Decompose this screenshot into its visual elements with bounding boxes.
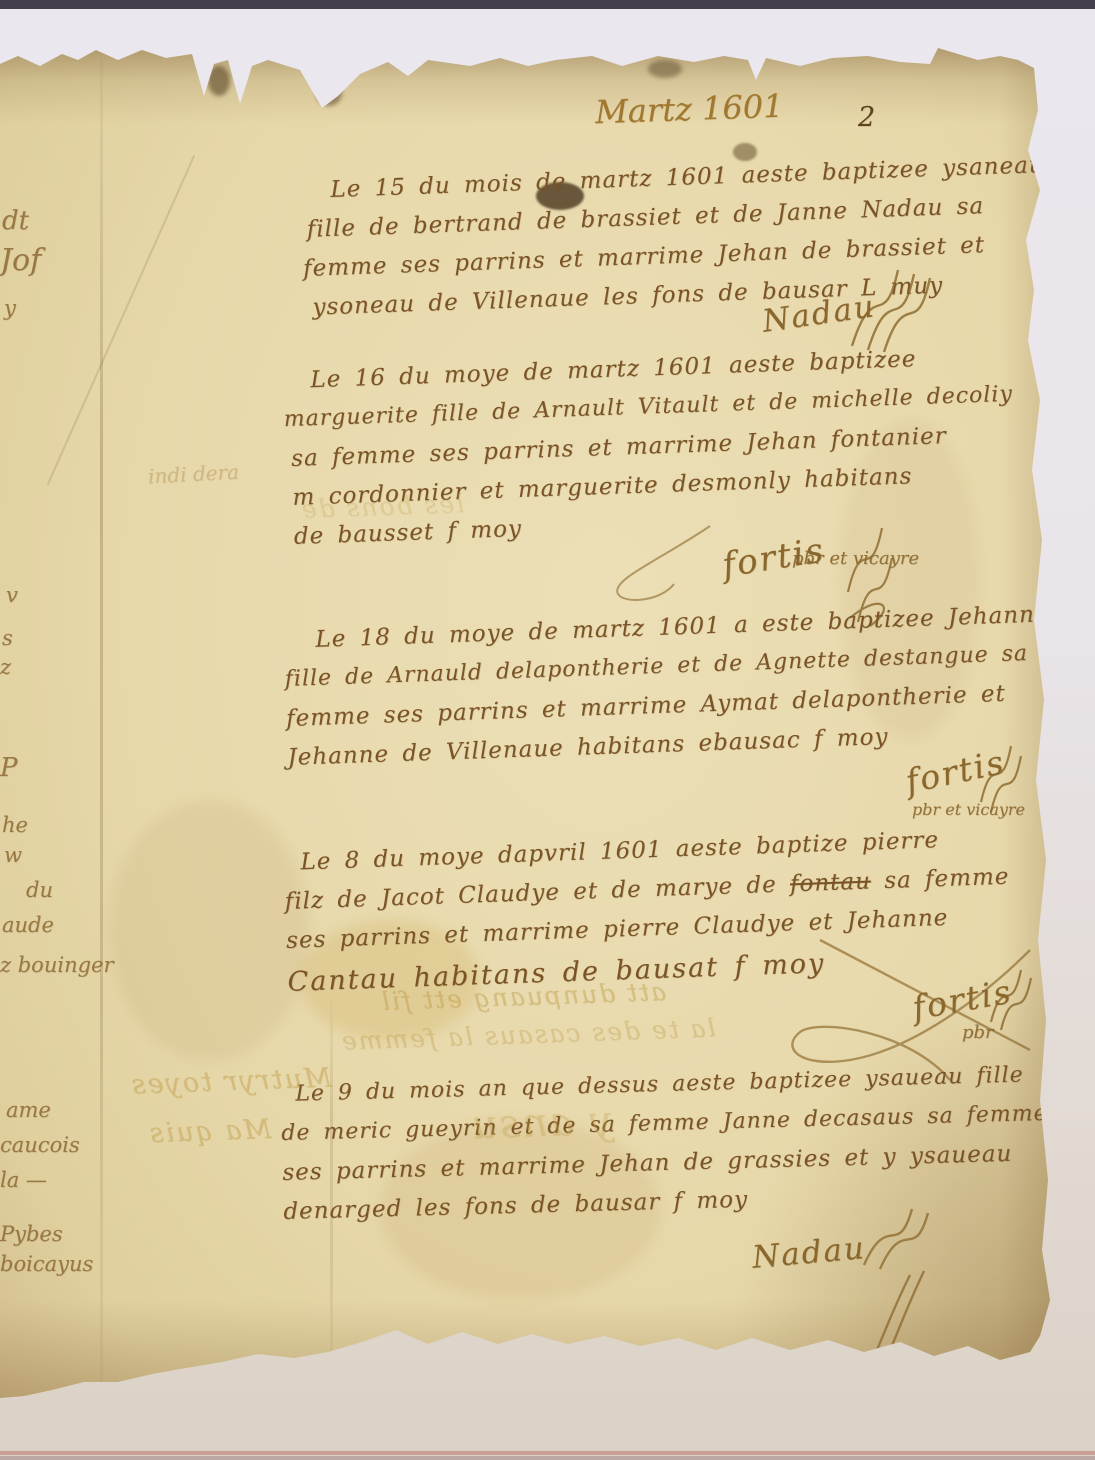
entry-line-text: sa femme [884, 864, 1010, 894]
margin-fragment: ame [6, 1098, 51, 1122]
margin-fragment: he [2, 813, 28, 837]
diagonal-crease [47, 155, 195, 485]
edge-tear-spot [316, 80, 342, 106]
margin-fragment: z [0, 655, 11, 679]
paper-stain [110, 800, 310, 1060]
signature-flourish [850, 1205, 970, 1365]
pen-flourish [600, 520, 720, 610]
margin-fragment: y [4, 296, 16, 320]
bleedthrough-text: les bons de [300, 489, 465, 524]
bleedthrough-text: y ansu [469, 1098, 614, 1149]
margin-fragment: z bouinger [0, 953, 114, 977]
margin-fragment: caucois [0, 1133, 80, 1157]
photo-bottom-line-shadow [0, 1456, 1095, 1460]
torn-edge-shading-top [0, 44, 1095, 124]
page-number: 2 [858, 102, 875, 133]
signature-flourish [975, 742, 1035, 822]
faint-marginalia: indi dera [147, 460, 239, 489]
margin-fragment: du [26, 878, 53, 902]
photo-top-strip [0, 0, 1095, 9]
margin-fragment: dt [2, 206, 29, 236]
parchment-page: Martz 1601 2 Le 15 du mois de martz 1601… [0, 0, 1095, 1460]
margin-fragment: P [0, 753, 18, 783]
month-year-heading: Martz 1601 [594, 87, 784, 132]
margin-fragment: w [4, 843, 22, 867]
bleedthrough-text: Ma quis [147, 1114, 272, 1149]
margin-fragment: aude [2, 913, 54, 937]
margin-fragment: Jof [0, 243, 41, 278]
struck-word: fontau [790, 869, 872, 898]
ink-smudge [733, 143, 757, 161]
margin-fragment: v [6, 583, 18, 607]
edge-tear-spot [208, 66, 230, 96]
signature-flourish [840, 262, 950, 352]
margin-fragment: boicayus [0, 1252, 93, 1276]
margin-fragment: Pybes [0, 1222, 63, 1246]
margin-fragment: s [2, 626, 13, 650]
fold-crease [100, 60, 103, 1390]
margin-fragment: la — [0, 1168, 47, 1192]
edge-tear-spot [648, 60, 682, 78]
photo-bottom-line [0, 1451, 1095, 1455]
